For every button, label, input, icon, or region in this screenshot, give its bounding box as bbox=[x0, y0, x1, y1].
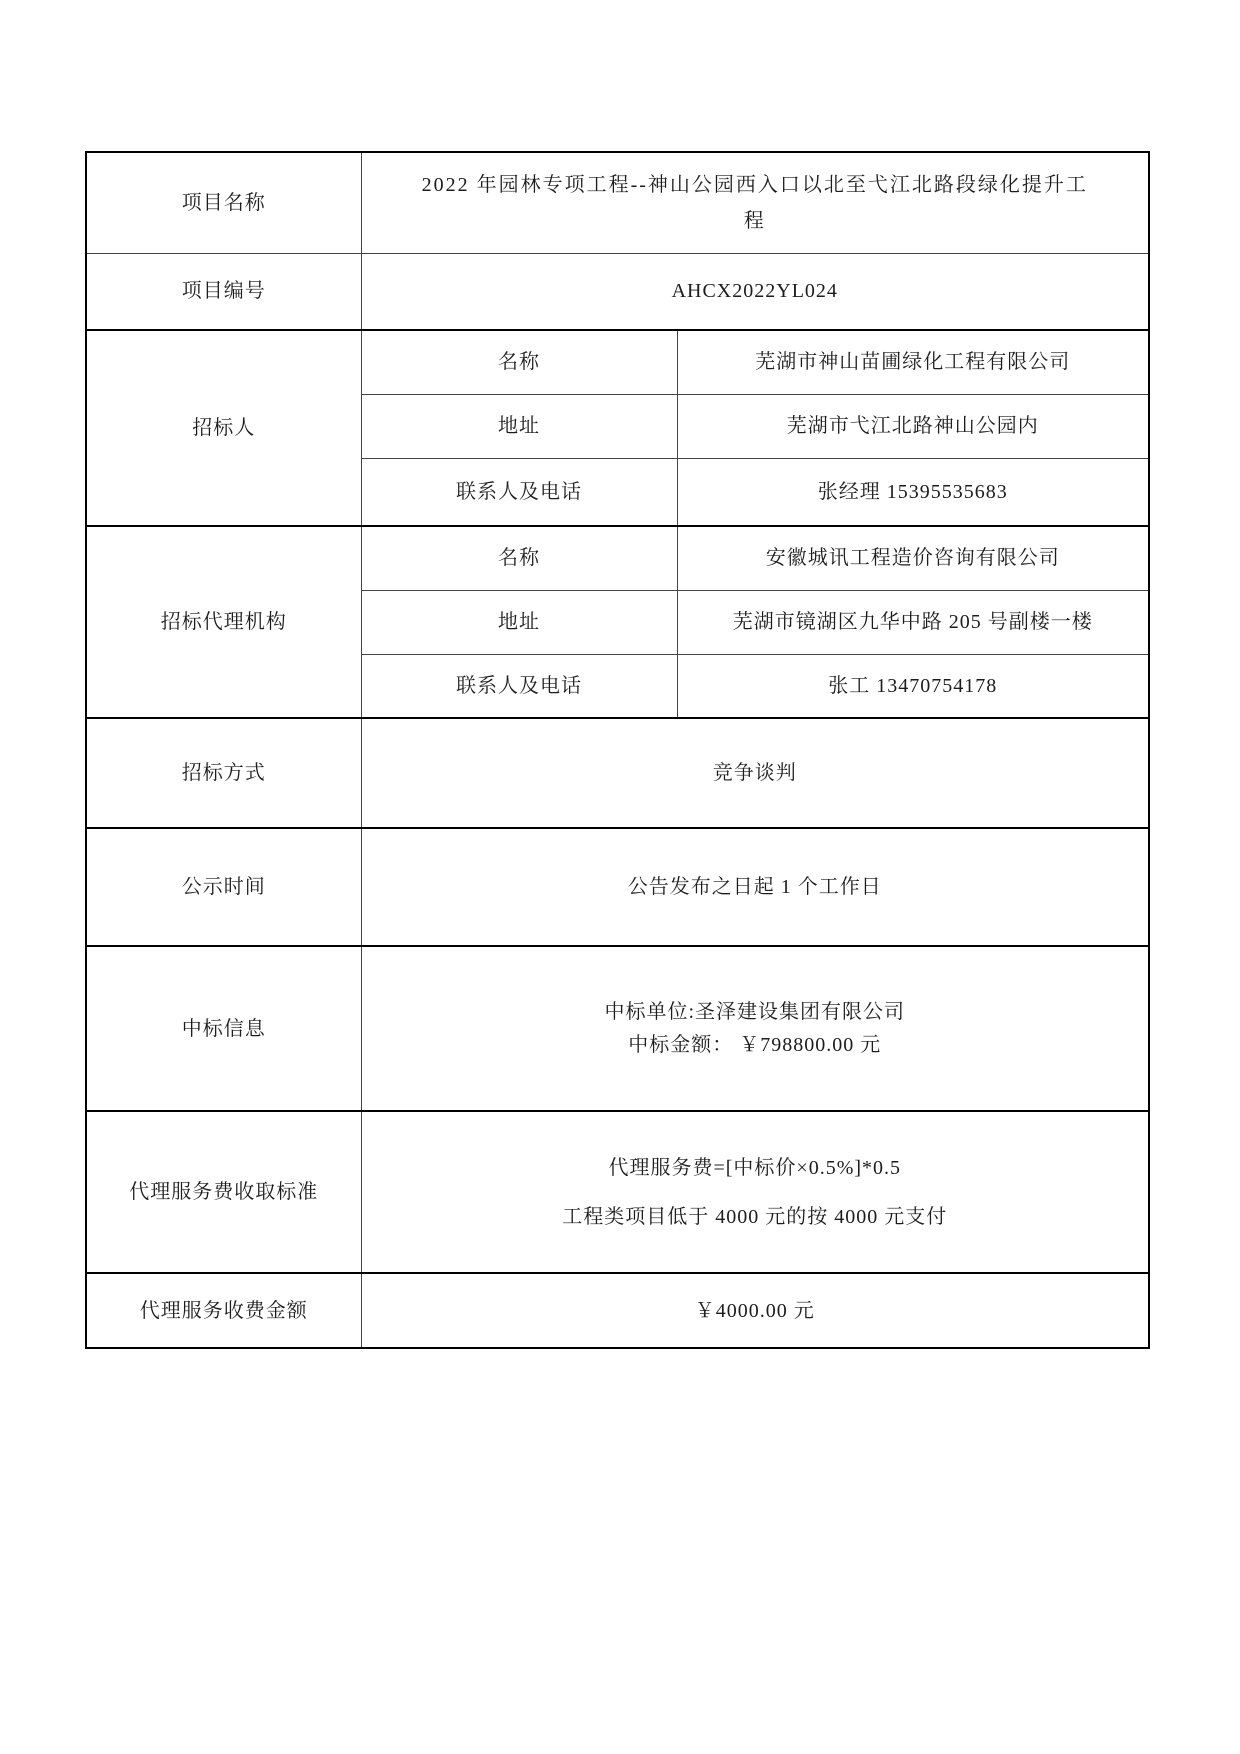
table-row-agency-fee-amount: 代理服务收费金额 ￥4000.00 元 bbox=[86, 1273, 1149, 1348]
agency-fee-minimum-line: 工程类项目低于 4000 元的按 4000 元支付 bbox=[368, 1206, 1143, 1228]
label-agency: 招标代理机构 bbox=[86, 526, 361, 718]
project-name-line-1: 2022 年园林专项工程--神山公园西入口以北至弋江北路段绿化提升工 bbox=[368, 167, 1143, 203]
table-row-agency-fee-standard: 代理服务费收取标准 代理服务费=[中标价×0.5%]*0.5 工程类项目低于 4… bbox=[86, 1111, 1149, 1273]
table-row-project-number: 项目编号 AHCX2022YL024 bbox=[86, 253, 1149, 330]
table-row-publicity-period: 公示时间 公告发布之日起 1 个工作日 bbox=[86, 828, 1149, 946]
project-name-line-2: 程 bbox=[368, 203, 1143, 239]
tenderer-address-value: 芜湖市弋江北路神山公园内 bbox=[677, 394, 1149, 458]
label-tenderer-address: 地址 bbox=[361, 394, 677, 458]
label-project-number: 项目编号 bbox=[86, 253, 361, 330]
agency-fee-standard-value: 代理服务费=[中标价×0.5%]*0.5 工程类项目低于 4000 元的按 40… bbox=[361, 1111, 1149, 1273]
label-project-name: 项目名称 bbox=[86, 152, 361, 253]
publicity-period-value: 公告发布之日起 1 个工作日 bbox=[361, 828, 1149, 946]
label-agency-address: 地址 bbox=[361, 590, 677, 654]
project-name-value: 2022 年园林专项工程--神山公园西入口以北至弋江北路段绿化提升工 程 bbox=[361, 152, 1149, 253]
document-page: 项目名称 2022 年园林专项工程--神山公园西入口以北至弋江北路段绿化提升工 … bbox=[0, 0, 1240, 1754]
label-tenderer-contact: 联系人及电话 bbox=[361, 458, 677, 526]
table-row-project-name: 项目名称 2022 年园林专项工程--神山公园西入口以北至弋江北路段绿化提升工 … bbox=[86, 152, 1149, 253]
project-number-value: AHCX2022YL024 bbox=[361, 253, 1149, 330]
label-publicity-period: 公示时间 bbox=[86, 828, 361, 946]
tender-method-value: 竞争谈判 bbox=[361, 718, 1149, 828]
table-row-tender-method: 招标方式 竞争谈判 bbox=[86, 718, 1149, 828]
winning-amount-line: 中标金额： ￥798800.00 元 bbox=[368, 1029, 1143, 1062]
label-tenderer-name: 名称 bbox=[361, 330, 677, 394]
tenderer-name-value: 芜湖市神山苗圃绿化工程有限公司 bbox=[677, 330, 1149, 394]
tenderer-contact-value: 张经理 15395535683 bbox=[677, 458, 1149, 526]
label-agency-contact: 联系人及电话 bbox=[361, 654, 677, 718]
winning-bid-info-value: 中标单位:圣泽建设集团有限公司 中标金额： ￥798800.00 元 bbox=[361, 946, 1149, 1111]
agency-name-value: 安徽城讯工程造价咨询有限公司 bbox=[677, 526, 1149, 590]
agency-address-value: 芜湖市镜湖区九华中路 205 号副楼一楼 bbox=[677, 590, 1149, 654]
table-row-winning-bid-info: 中标信息 中标单位:圣泽建设集团有限公司 中标金额： ￥798800.00 元 bbox=[86, 946, 1149, 1111]
label-winning-bid-info: 中标信息 bbox=[86, 946, 361, 1111]
agency-fee-formula-line: 代理服务费=[中标价×0.5%]*0.5 bbox=[368, 1157, 1143, 1179]
label-tenderer: 招标人 bbox=[86, 330, 361, 526]
label-agency-name: 名称 bbox=[361, 526, 677, 590]
label-agency-fee-amount: 代理服务收费金额 bbox=[86, 1273, 361, 1348]
table-row-agency-name: 招标代理机构 名称 安徽城讯工程造价咨询有限公司 bbox=[86, 526, 1149, 590]
agency-fee-amount-value: ￥4000.00 元 bbox=[361, 1273, 1149, 1348]
tender-info-table: 项目名称 2022 年园林专项工程--神山公园西入口以北至弋江北路段绿化提升工 … bbox=[85, 151, 1150, 1349]
label-agency-fee-standard: 代理服务费收取标准 bbox=[86, 1111, 361, 1273]
label-tender-method: 招标方式 bbox=[86, 718, 361, 828]
table-row-tenderer-name: 招标人 名称 芜湖市神山苗圃绿化工程有限公司 bbox=[86, 330, 1149, 394]
winning-bidder-line: 中标单位:圣泽建设集团有限公司 bbox=[368, 996, 1143, 1029]
agency-contact-value: 张工 13470754178 bbox=[677, 654, 1149, 718]
